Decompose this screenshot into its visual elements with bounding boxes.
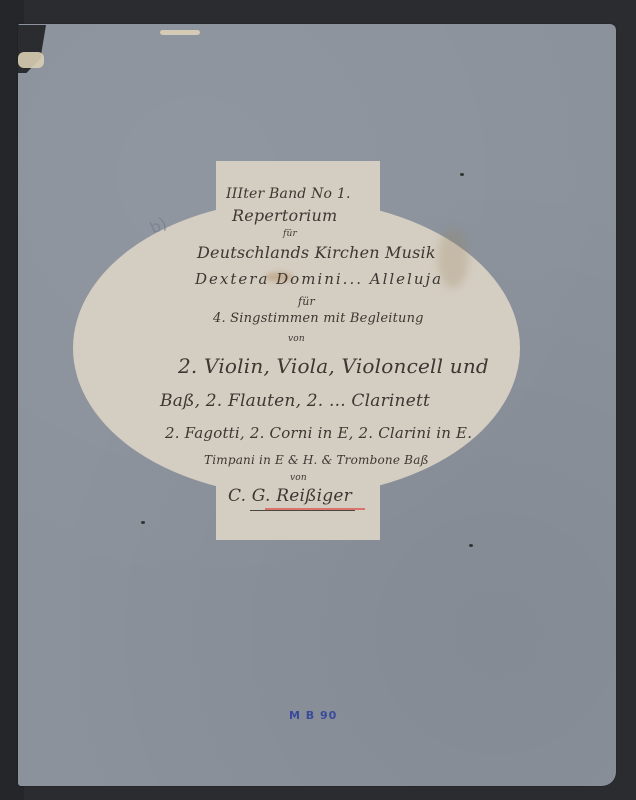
text-von-2: von: [290, 473, 307, 483]
torn-paper-fragment: [18, 52, 44, 68]
composer-underline-ink: [250, 510, 355, 511]
paper-speck: [469, 544, 473, 547]
title-repertorium: Repertorium: [232, 206, 337, 225]
library-shelfmark-stamp: M B 90: [289, 709, 337, 722]
volume-number: IIIter Band No 1.: [226, 186, 351, 202]
composer-underline-red: [265, 508, 365, 510]
paper-speck: [141, 521, 145, 524]
work-title: Dextera Domini... Alleluja: [195, 270, 443, 288]
title-kirchen-musik: Deutschlands Kirchen Musik: [197, 243, 436, 262]
scanned-page: b) IIIter Band No 1. Repertorium für Deu…: [0, 0, 636, 800]
timpani-line: Timpani in E & H. & Trombone Baß: [204, 453, 429, 467]
voices-line: 4. Singstimmen mit Begleitung: [213, 311, 424, 326]
composer-name: C. G. Reißiger: [228, 486, 352, 506]
text-von-1: von: [288, 334, 305, 344]
brass-line: 2. Fagotti, 2. Corni in E, 2. Clarini in…: [165, 424, 472, 442]
strings-line: 2. Violin, Viola, Violoncell und: [178, 354, 489, 378]
text-fur-2: für: [298, 295, 315, 308]
winds-line: Baß, 2. Flauten, 2. ... Clarinett: [160, 391, 430, 411]
paper-speck: [460, 173, 464, 176]
top-edge-fragment: [160, 30, 200, 35]
text-fur-1: für: [283, 229, 297, 239]
